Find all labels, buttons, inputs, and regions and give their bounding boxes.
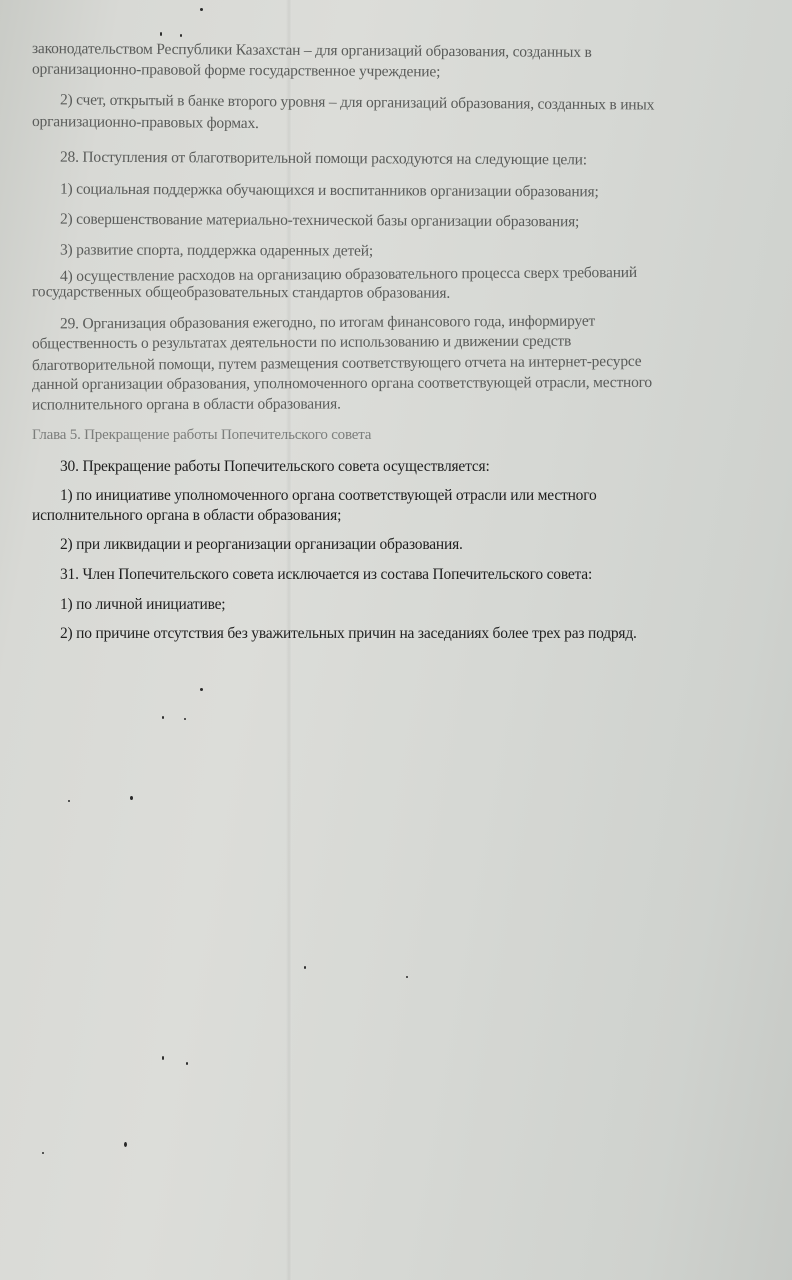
text-line: организационно-правовой форме государств… [32, 61, 440, 82]
text-line: исполнительного органа в области образов… [32, 507, 341, 525]
dust-speck [160, 32, 162, 36]
section-heading: 31. Член Попечительского совета исключае… [60, 566, 592, 584]
dust-speck [200, 688, 203, 691]
dust-speck [180, 34, 182, 37]
dust-speck [200, 8, 203, 11]
dust-speck [124, 1142, 127, 1147]
dust-speck [406, 976, 408, 978]
dust-speck [162, 1056, 164, 1060]
list-item: 2) при ликвидации и реорганизации органи… [60, 536, 463, 554]
list-item: 2) совершенствование материально-техниче… [60, 211, 579, 232]
dust-speck [68, 800, 70, 802]
list-item: 3) развитие спорта, поддержка одаренных … [60, 241, 373, 260]
text-line: благотворительной помощи, путем размещен… [32, 353, 642, 375]
text-line: данной организации образования, уполномо… [32, 374, 652, 394]
list-item: 1) по инициативе уполномоченного органа … [60, 487, 597, 505]
section-heading: 28. Поступления от благотворительной пом… [60, 149, 587, 170]
chapter-heading: Глава 5. Прекращение работы Попечительск… [32, 426, 371, 444]
list-item: 1) по личной инициативе; [60, 596, 225, 614]
text-line: общественность о результатах деятельност… [32, 333, 571, 354]
dust-speck [130, 796, 133, 800]
dust-speck [42, 1152, 44, 1154]
text-line: законодательством Республики Казахстан –… [32, 40, 592, 62]
list-item: 1) социальная поддержка обучающихся и во… [60, 181, 599, 202]
list-item: 2) по причине отсутствия без уважительны… [60, 625, 637, 643]
dust-speck [186, 1062, 188, 1065]
dust-speck [184, 718, 186, 720]
text-line: 2) счет, открытый в банке второго уровня… [60, 91, 654, 114]
dust-speck [304, 966, 306, 969]
text-line: исполнительного органа в области образов… [32, 395, 341, 414]
text-line: государственных общеобразовательных стан… [32, 283, 450, 302]
dust-speck [162, 716, 164, 719]
scanned-document-page: законодательством Республики Казахстан –… [0, 0, 792, 1280]
text-line: организационно-правовых формах. [32, 113, 259, 133]
section-heading: 29. Организация образования ежегодно, по… [60, 313, 595, 334]
section-heading: 30. Прекращение работы Попечительского с… [60, 458, 490, 476]
